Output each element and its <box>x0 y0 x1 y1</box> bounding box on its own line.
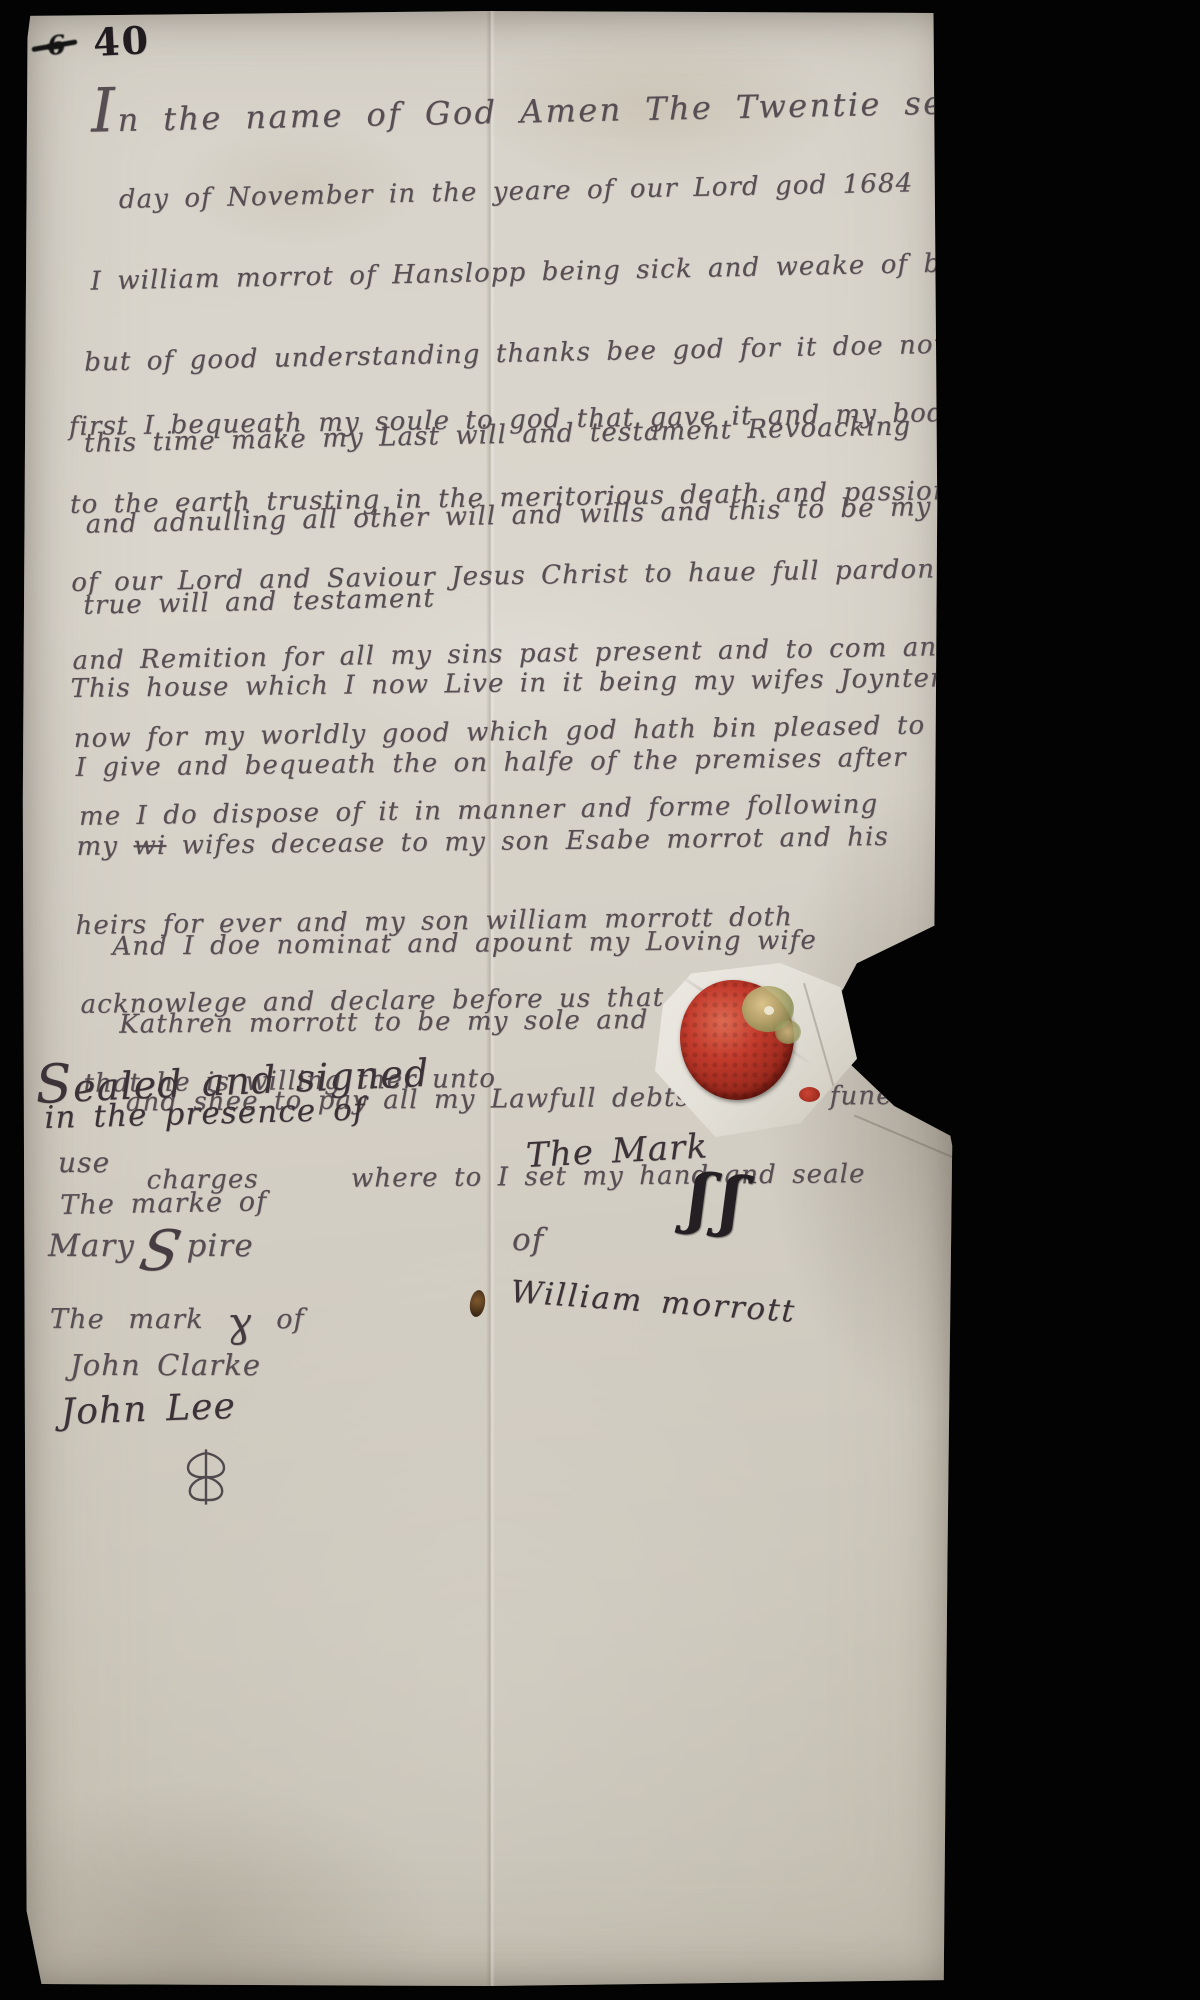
will-line-fragment: wifes decease to my son Esabe morrot and… <box>166 822 889 861</box>
will-line: This house which I now Live in it being … <box>70 663 943 715</box>
testator-of-word: of <box>512 1222 544 1258</box>
will-line: to the earth trusting in the meritorious… <box>70 475 997 530</box>
witness2-name: John Clarke <box>70 1348 261 1382</box>
struck-word: wi <box>133 831 166 861</box>
testator-name: William morrott <box>509 1274 797 1330</box>
witness1-name-last: pire <box>186 1228 253 1264</box>
will-line: I give and bequeath the on halfe of the … <box>75 742 944 794</box>
paper-blemish-spot <box>468 1289 487 1318</box>
witness2-mark-label: The mark ɣ of <box>50 1304 305 1335</box>
flap-fold-line-2 <box>803 983 838 1099</box>
witness2-label-post: of <box>276 1304 304 1335</box>
witness1-mark-label: The marke of <box>60 1186 267 1221</box>
red-wax-seal <box>680 980 794 1100</box>
will-line: of our Lord and Saviour Jesus Christ to … <box>71 553 998 608</box>
wax-seal-speck <box>764 1006 774 1015</box>
will-line: I william morrot of Hanslopp being sick … <box>90 246 1073 310</box>
will-line: In the name of God Amen The Twentie seav… <box>91 81 1070 147</box>
witness1-name: MarySpire <box>48 1228 254 1264</box>
witness1-name-first: Mary <box>48 1228 135 1264</box>
will-line-fragment: my <box>76 831 133 862</box>
signature-flourish <box>170 1446 242 1508</box>
folio-number: 40 <box>92 17 151 65</box>
wax-drip <box>799 1087 820 1102</box>
photograph-background: 6 40 In the name of God Amen The Twentie… <box>0 0 1200 2000</box>
witness2-label-pre: The mark <box>50 1304 204 1335</box>
attestation-us-line: use <box>58 1146 110 1179</box>
will-line: first I bequeath my soule to god that ga… <box>69 397 996 452</box>
will-line: my wi wifes decease to my son Esabe morr… <box>76 821 945 873</box>
will-line: And I doe nominat and apount my Loving w… <box>112 925 940 972</box>
wax-seal-mottling-2 <box>775 1020 801 1044</box>
will-line: day of November in the yeare of our Lord… <box>119 165 1072 228</box>
witness3-signature: John Lee <box>60 1386 237 1433</box>
struck-out-folio-mark: 6 <box>46 30 65 62</box>
testator-mark-glyph: ʃʃ <box>685 1158 755 1241</box>
